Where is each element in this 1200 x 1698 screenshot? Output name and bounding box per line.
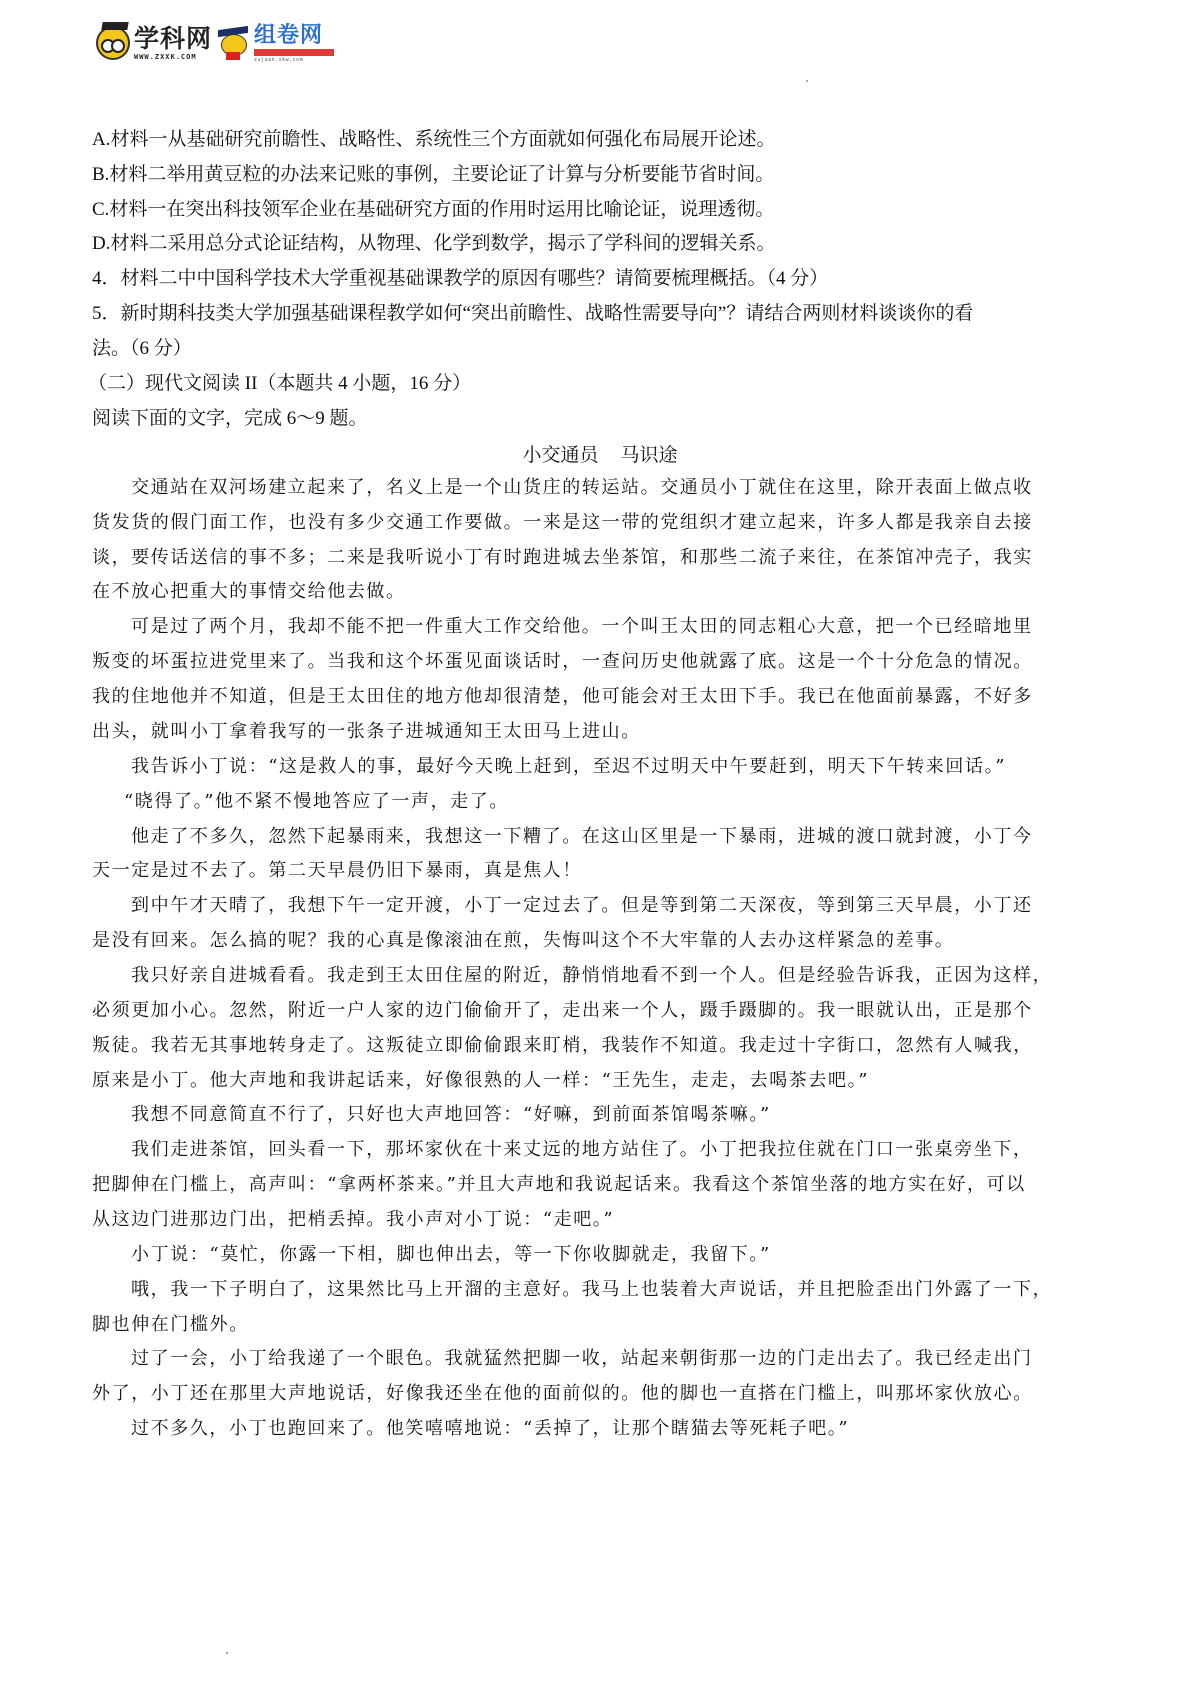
- article-line: 叛徒。我若无其事地转身走了。这叛徒立即偷偷跟来盯梢，我装作不知道。我走过十字街口…: [92, 1034, 1033, 1058]
- article-line: 脚也伸在门槛外。: [92, 1313, 249, 1337]
- article-line: 外了，小丁还在那里大声地说话，好像我还坐在他的面前似的。他的脚也一直搭在门槛上，…: [92, 1382, 1033, 1406]
- article-line: 哦，我一下子明白了，这果然比马上开溜的主意好。我马上也装着大声说话，并且把脸歪出…: [131, 1278, 1052, 1302]
- question-4: 4．材料二中中国科学技术大学重视基础课教学的原因有哪些？请简要梳理概括。（4 分…: [92, 267, 828, 291]
- zujuan-logo-url: zujuan.xkw.com: [254, 57, 334, 63]
- scan-artifact: [226, 1652, 228, 1654]
- site-logo: 学科网 WWW.ZXXK.COM 组卷网 zujuan.xkw.com: [96, 20, 334, 66]
- article-line: 出头，就叫小丁拿着我写的一张条子进城通知王太田马上进山。: [92, 720, 641, 744]
- question-5-line-1: 5．新时期科技类大学加强基础课程教学如何“突出前瞻性、战略性需要导向”？请结合两…: [92, 302, 973, 326]
- option-b: B.材料二举用黄豆粒的办法来记账的事例，主要论证了计算与分析要能节省时间。: [92, 163, 774, 187]
- article-line: 交通站在双河场建立起来了，名义上是一个山货庄的转运站。交通员小丁就住在这里，除开…: [131, 476, 1033, 500]
- question-5-line-2: 法。（6 分）: [92, 337, 192, 361]
- article-line: 货发货的假门面工作，也没有多少交通工作要做。一来是这一带的党组织才建立起来，许多…: [92, 511, 1033, 535]
- article-line: 我想不同意简直不行了，只好也大声地回答：“好嘛，到前面茶馆喝茶嘛。”: [131, 1103, 771, 1127]
- article-line: 可是过了两个月，我却不能不把一件重大工作交给他。一个叫王太田的同志粗心大意，把一…: [131, 615, 1033, 639]
- logo-main-text: 学科网: [134, 25, 212, 53]
- article-line: 谈，要传话送信的事不多；二来是我听说小丁有时跑进城去坐茶馆，和那些二流子来往，在…: [92, 546, 1033, 570]
- article-line: 我的住地他并不知道，但是王太田住的地方他却很清楚，他可能会对王太田下手。我已在他…: [92, 685, 1033, 709]
- section-heading: （二）现代文阅读 II（本题共 4 小题，16 分）: [88, 372, 471, 396]
- article-line: “晓得了。”他不紧不慢地答应了一声，走了。: [124, 790, 509, 814]
- graduate-mascot-icon: [218, 26, 248, 60]
- article-title-text: 小交通员: [522, 445, 598, 466]
- article-line: 是没有回来。怎么搞的呢？我的心真是像滚油在煎，失悔叫这个不大牢靠的人去办这样紧急…: [92, 929, 954, 953]
- zujuan-logo: 组卷网 zujuan.xkw.com: [254, 24, 334, 63]
- reading-instruction: 阅读下面的文字，完成 6～9 题。: [92, 407, 368, 431]
- mascot-face-icon: [96, 26, 130, 60]
- option-d: D.材料二采用总分式论证结构，从物理、化学到数学，揭示了学科间的逻辑关系。: [92, 232, 775, 256]
- article-line: 必须更加小心。忽然，附近一户人家的边门偷偷开了，走出来一个人，蹑手蹑脚的。我一眼…: [92, 999, 1033, 1023]
- logo-url-text: WWW.ZXXK.COM: [134, 53, 212, 61]
- article-line: 到中午才天晴了，我想下午一定开渡，小丁一定过去了。但是等到第二天深夜，等到第三天…: [131, 894, 1033, 918]
- article-line: 小丁说：“莫忙，你露一下相，脚也伸出去，等一下你收脚就走，我留下。”: [131, 1243, 771, 1267]
- article-title: 小交通员马识途: [0, 440, 1200, 467]
- option-a: A.材料一从基础研究前瞻性、战略性、系统性三个方面就如何强化布局展开论述。: [92, 128, 775, 152]
- zujuan-logo-bar: [254, 49, 334, 56]
- article-line: 天一定是过不去了。第二天早晨仍旧下暴雨，真是焦人！: [92, 859, 582, 883]
- article-line: 我们走进茶馆，回头看一下，那坏家伙在十来丈远的地方站住了。小丁把我拉住就在门口一…: [131, 1138, 1033, 1162]
- article-line: 我只好亲自进城看看。我走到王太田住屋的附近，静悄悄地看不到一个人。但是经验告诉我…: [131, 964, 1052, 988]
- zujuan-logo-text: 组卷网: [254, 24, 334, 48]
- article-line: 在不放心把重大的事情交给他去做。: [92, 580, 406, 604]
- article-line: 我告诉小丁说：“这是救人的事，最好今天晚上赶到，至迟不过明天中午要赶到，明天下午…: [131, 755, 1006, 779]
- option-c: C.材料一在突出科技领军企业在基础研究方面的作用时运用比喻论证，说理透彻。: [92, 198, 774, 222]
- article-line: 原来是小丁。他大声地和我讲起话来，好像很熟的人一样：“王先生，走走，去喝茶去吧。…: [92, 1069, 869, 1093]
- article-line: 他走了不多久，忽然下起暴雨来，我想这一下糟了。在这山区里是一下暴雨，进城的渡口就…: [131, 825, 1033, 849]
- logo-text: 学科网 WWW.ZXXK.COM: [134, 25, 212, 61]
- article-line: 过不多久，小丁也跑回来了。他笑嘻嘻地说：“丢掉了，让那个瞎猫去等死耗子吧。”: [131, 1417, 849, 1441]
- scan-artifact: [806, 80, 808, 82]
- article-author: 马识途: [621, 445, 678, 466]
- article-line: 叛变的坏蛋拉进党里来了。当我和这个坏蛋见面谈话时，一查问历史他就露了底。这是一个…: [92, 650, 1033, 674]
- article-line: 从这边门进那边门出，把梢丢掉。我小声对小丁说：“走吧。”: [92, 1208, 614, 1232]
- article-line: 把脚伸在门槛上，高声叫：“拿两杯茶来。”并且大声地和我说起话来。我看这个茶馆坐落…: [92, 1173, 1026, 1197]
- article-line: 过了一会，小丁给我递了一个眼色。我就猛然把脚一收，站起来朝街那一边的门走出去了。…: [131, 1347, 1033, 1371]
